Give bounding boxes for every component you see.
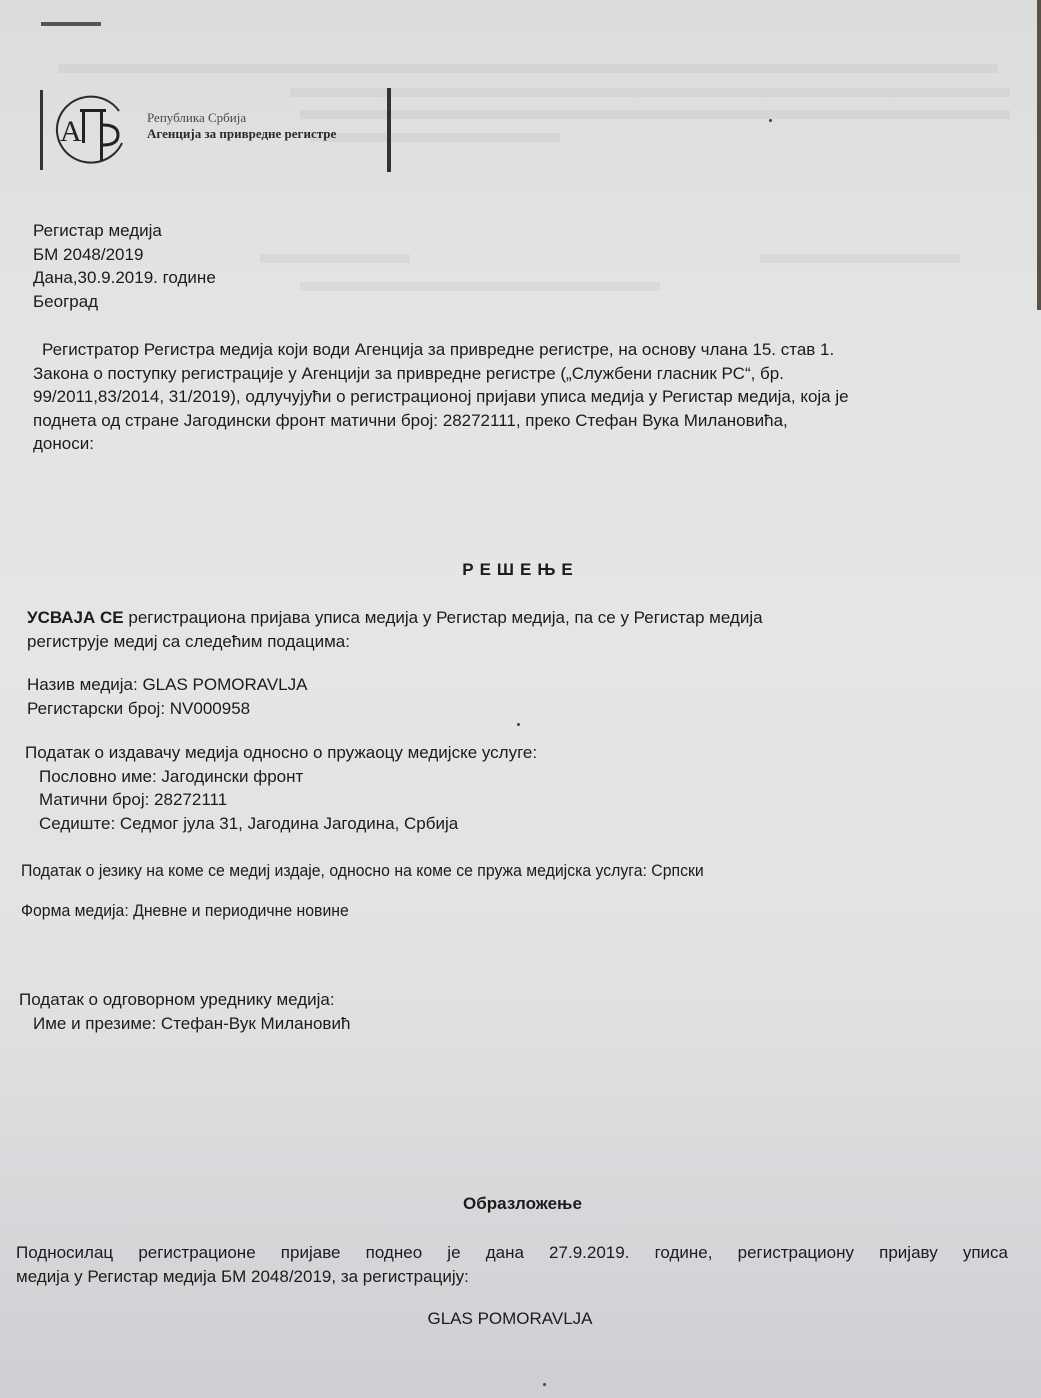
reasoning-line1: Подносилац регистрационе пријаве поднео … [16, 1241, 1008, 1265]
decision-paragraph: УСВАЈА СЕ регистрациона пријава уписа ме… [27, 606, 763, 653]
decision-title: РЕШЕЊЕ [0, 560, 1041, 580]
letterhead: А Република Србија Агенција за привредне… [40, 88, 392, 172]
agency-line-republic: Република Србија [147, 110, 336, 126]
intro-line: Регистратор Регистра медија који води Аг… [33, 338, 998, 362]
reasoning-line2: медија у Регистар медија БМ 2048/2019, з… [16, 1267, 469, 1286]
editor-name: Име и презиме: Стефан-Вук Милановић [19, 1012, 350, 1036]
letterhead-divider-left [40, 90, 43, 170]
publisher-seat: Седиште: Седмог јула 31, Јагодина Јагоди… [25, 812, 537, 836]
decision-line1: регистрациона пријава уписа медија у Рег… [124, 608, 763, 627]
intro-line: 99/2011,83/2014, 31/2019), одлучујући о … [33, 385, 998, 409]
svg-text:А: А [60, 115, 82, 148]
apr-logo-icon: А [52, 93, 132, 167]
agency-line-name: Агенција за привредне регистре [147, 126, 336, 142]
publisher-heading: Податак о издавачу медија односно о пруж… [25, 741, 537, 765]
reasoning-paragraph: Подносилац регистрационе пријаве поднео … [16, 1241, 1008, 1289]
decision-date: Дана,30.9.2019. године [33, 266, 216, 290]
paper-speck [517, 723, 520, 726]
media-name: Назив медија: GLAS POMORAVLJA [27, 673, 307, 697]
intro-line: доноси: [33, 432, 998, 456]
media-details: Назив медија: GLAS POMORAVLJA Регистарск… [27, 673, 307, 720]
reasoning-title: Образложење [0, 1194, 1041, 1214]
document-meta: Регистар медија БМ 2048/2019 Дана,30.9.2… [33, 219, 216, 313]
register-name: Регистар медија [33, 219, 216, 243]
language-info: Податак о језику на коме се медиј издаје… [21, 859, 704, 883]
intro-paragraph: Регистратор Регистра медија који води Аг… [33, 338, 998, 456]
publisher-registration-number: Матични број: 28272111 [25, 788, 537, 812]
reasoning-media-name: GLAS POMORAVLJA [0, 1309, 1020, 1329]
city: Београд [33, 290, 216, 314]
top-dash-mark [41, 22, 101, 26]
paper-speck [543, 1383, 546, 1386]
case-number: БМ 2048/2019 [33, 243, 216, 267]
intro-line: поднета од стране Јагодински фронт матич… [33, 409, 998, 433]
media-form: Форма медија: Дневне и периодичне новине [21, 899, 349, 923]
decision-line2: региструје медиј са следећим подацима: [27, 630, 763, 654]
media-registration-number: Регистарски број: NV000958 [27, 697, 307, 721]
agency-name: Република Србија Агенција за привредне р… [147, 110, 336, 142]
letterhead-divider-right [387, 88, 391, 172]
editor-heading: Податак о одговорном уреднику медија: [19, 988, 350, 1012]
decision-lead: УСВАЈА СЕ [27, 608, 124, 627]
intro-line: Закона о поступку регистрације у Агенциј… [33, 362, 998, 386]
page-edge-shadow [1037, 0, 1041, 310]
paper-speck [769, 119, 772, 122]
editor-details: Податак о одговорном уреднику медија: Им… [19, 988, 350, 1035]
publisher-details: Податак о издавачу медија односно о пруж… [25, 741, 537, 835]
publisher-business-name: Пословно име: Јагодински фронт [25, 765, 537, 789]
